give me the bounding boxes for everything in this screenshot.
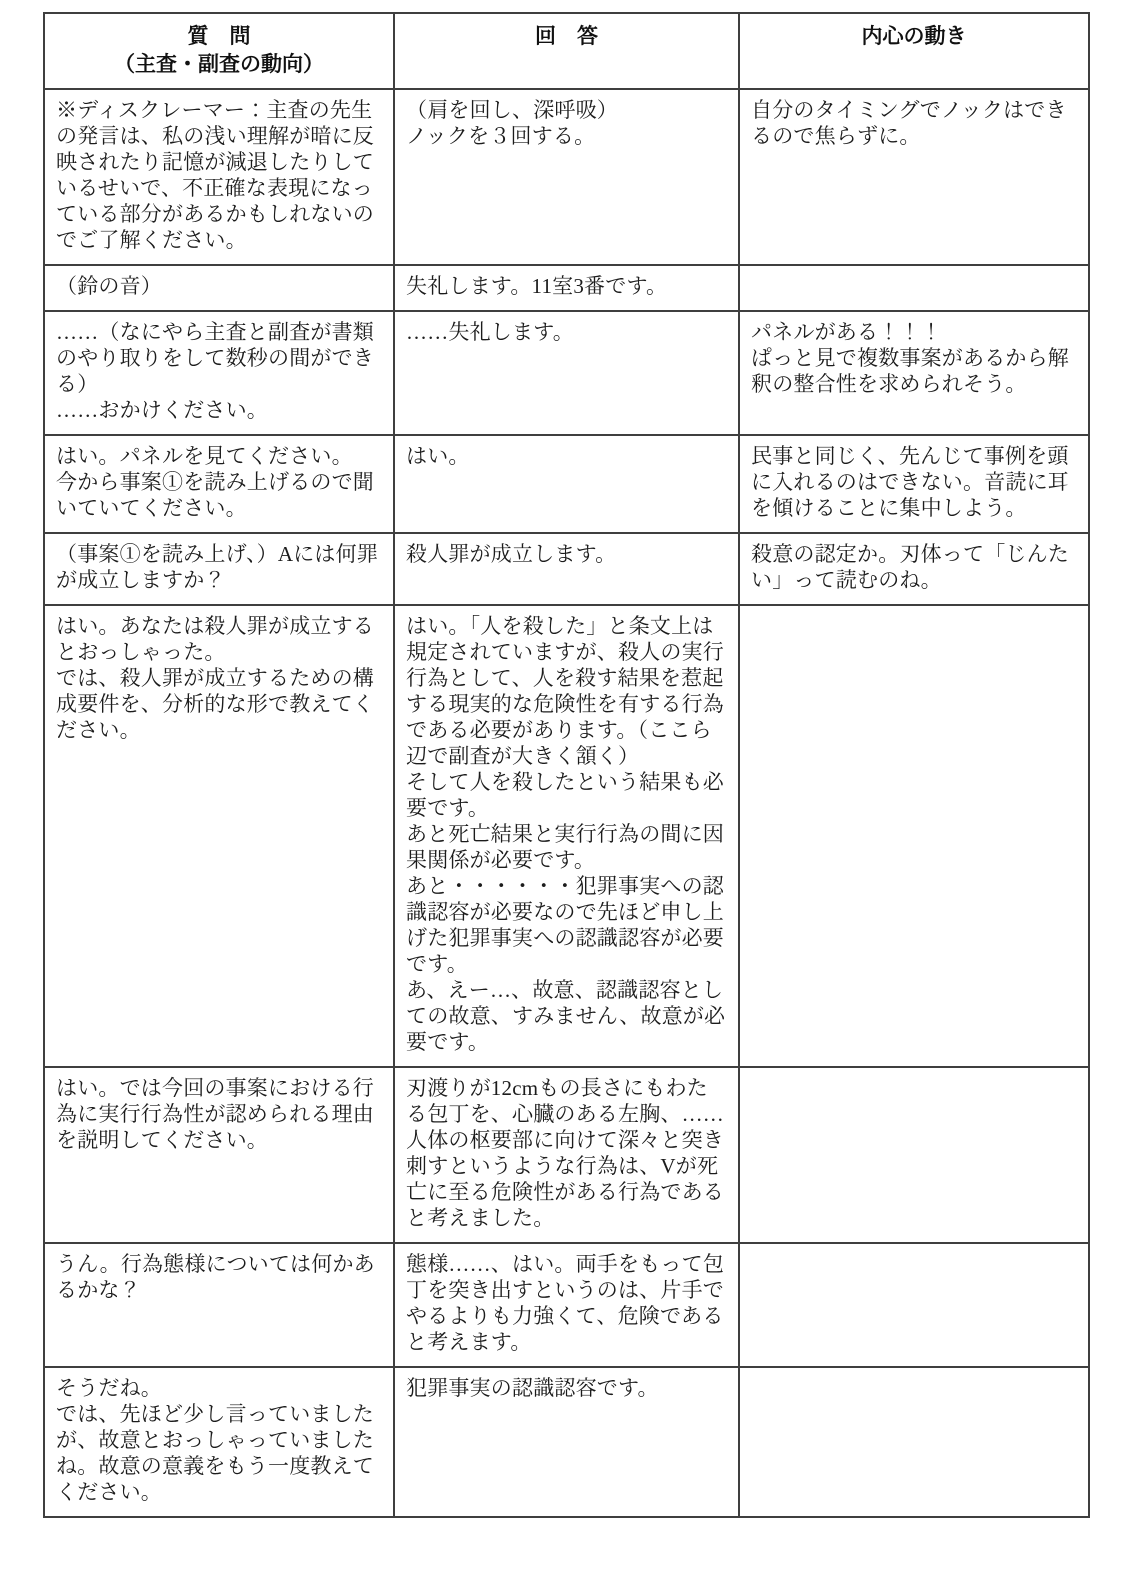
table-row: うん。行為態様については何かあるかな？態様……、はい。両手をもって包丁を突き出す… (44, 1243, 1089, 1367)
table-row: はい。では今回の事案における行為に実行行為性が認められる理由を説明してください。… (44, 1067, 1089, 1243)
question-cell: （事案①を読み上げ、）Aには何罪が成立しますか？ (44, 533, 394, 605)
question-cell: （鈴の音） (44, 265, 394, 311)
mind-column-header: 内心の動き (739, 13, 1089, 89)
question-cell: はい。では今回の事案における行為に実行行為性が認められる理由を説明してください。 (44, 1067, 394, 1243)
table-row: そうだね。 では、先ほど少し言っていましたが、故意とおっしゃっていましたね。故意… (44, 1367, 1089, 1517)
document-page: 質 問 （主査・副査の動向） 回 答 内心の動き ※ディスクレーマー：主査の先生… (0, 0, 1125, 1575)
mind-cell: 民事と同じく、先んじて事例を頭に入れるのはできない。音読に耳を傾けることに集中し… (739, 435, 1089, 533)
mind-cell: 自分のタイミングでノックはできるので焦らずに。 (739, 89, 1089, 265)
table-row: はい。あなたは殺人罪が成立するとおっしゃった。 では、殺人罪が成立するための構成… (44, 605, 1089, 1067)
question-cell: うん。行為態様については何かあるかな？ (44, 1243, 394, 1367)
table-row: はい。パネルを見てください。 今から事案①を読み上げるので聞いていてください。は… (44, 435, 1089, 533)
question-cell: ……（なにやら主査と副査が書類のやり取りをして数秒の間ができる） ……おかけくだ… (44, 311, 394, 435)
question-cell: はい。パネルを見てください。 今から事案①を読み上げるので聞いていてください。 (44, 435, 394, 533)
interview-transcript-table: 質 問 （主査・副査の動向） 回 答 内心の動き ※ディスクレーマー：主査の先生… (43, 12, 1090, 1518)
transcript-table-body: ※ディスクレーマー：主査の先生の発言は、私の浅い理解が暗に反映されたり記憶が減退… (44, 89, 1089, 1517)
answer-cell: 犯罪事実の認識認容です。 (394, 1367, 739, 1517)
table-row: ……（なにやら主査と副査が書類のやり取りをして数秒の間ができる） ……おかけくだ… (44, 311, 1089, 435)
mind-cell (739, 1067, 1089, 1243)
mind-cell (739, 1367, 1089, 1517)
answer-cell: 刃渡りが12cmもの長さにもわたる包丁を、心臓のある左胸、……人体の枢要部に向け… (394, 1067, 739, 1243)
answer-cell: ……失礼します。 (394, 311, 739, 435)
answer-cell: はい。 (394, 435, 739, 533)
question-cell: そうだね。 では、先ほど少し言っていましたが、故意とおっしゃっていましたね。故意… (44, 1367, 394, 1517)
answer-cell: 殺人罪が成立します。 (394, 533, 739, 605)
mind-cell: 殺意の認定か。刃体って「じんたい」って読むのね。 (739, 533, 1089, 605)
answer-cell: はい。「人を殺した」と条文上は規定されていますが、殺人の実行行為として、人を殺す… (394, 605, 739, 1067)
mind-cell (739, 605, 1089, 1067)
table-row: ※ディスクレーマー：主査の先生の発言は、私の浅い理解が暗に反映されたり記憶が減退… (44, 89, 1089, 265)
answer-cell: 失礼します。11室3番です。 (394, 265, 739, 311)
table-row: （事案①を読み上げ、）Aには何罪が成立しますか？殺人罪が成立します。殺意の認定か… (44, 533, 1089, 605)
question-cell: ※ディスクレーマー：主査の先生の発言は、私の浅い理解が暗に反映されたり記憶が減退… (44, 89, 394, 265)
header-row: 質 問 （主査・副査の動向） 回 答 内心の動き (44, 13, 1089, 89)
question-column-header: 質 問 （主査・副査の動向） (44, 13, 394, 89)
answer-cell: 態様……、はい。両手をもって包丁を突き出すというのは、片手でやるよりも力強くて、… (394, 1243, 739, 1367)
mind-cell (739, 265, 1089, 311)
mind-cell: パネルがある！！！ ぱっと見で複数事案があるから解釈の整合性を求められそう。 (739, 311, 1089, 435)
mind-cell (739, 1243, 1089, 1367)
answer-column-header: 回 答 (394, 13, 739, 89)
answer-cell: （肩を回し、深呼吸） ノックを３回する。 (394, 89, 739, 265)
question-cell: はい。あなたは殺人罪が成立するとおっしゃった。 では、殺人罪が成立するための構成… (44, 605, 394, 1067)
table-row: （鈴の音）失礼します。11室3番です。 (44, 265, 1089, 311)
